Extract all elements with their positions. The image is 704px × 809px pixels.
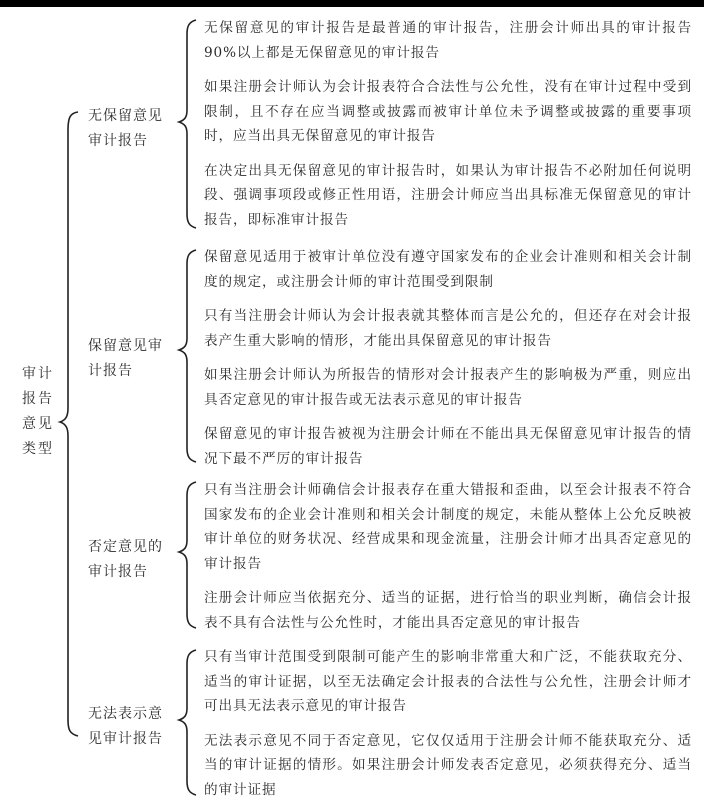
paragraph-group-disclaimer: 只有当审计范围受到限制可能产生的影响非常重大和广泛，不能获取充分、适当的审计证据… <box>204 645 692 809</box>
paragraph-group-adverse: 只有当注册会计师确信会计报表存在重大错报和歪曲，以至会计报表不符合国家发布的企业… <box>204 478 692 645</box>
root-label-line: 审计 <box>22 362 56 387</box>
category-label-line: 否定意见的 <box>88 535 170 560</box>
category-label-line: 见审计报告 <box>88 727 170 752</box>
category-label-line: 无保留意见 <box>88 104 170 129</box>
root-label: 审计 报告 意见 类型 <box>22 362 56 462</box>
paragraph: 在决定出具无保留意见的审计报告时，如果认为审计报告不必附加任何说明段、强调事项段… <box>204 159 692 233</box>
category-label-line: 审计报告 <box>88 129 170 154</box>
root-label-line: 意见 <box>22 412 56 437</box>
category-label-line: 审计报告 <box>88 560 170 585</box>
paragraph: 注册会计师应当依据充分、适当的证据，进行恰当的职业判断，确信会计报表不具有合法性… <box>204 586 692 635</box>
paragraph: 如果注册会计师认为所报告的情形对会计报表产生的影响极为严重，则应出具否定意见的审… <box>204 363 692 412</box>
category-label-line: 保留意见审 <box>88 334 170 359</box>
category-label-unqualified: 无保留意见 审计报告 <box>88 104 170 154</box>
paragraph: 只有当注册会计师确信会计报表存在重大错报和歪曲，以至会计报表不符合国家发布的企业… <box>204 478 692 576</box>
paragraph: 如果注册会计师认为会计报表符合合法性与公允性，没有在审计过程中受到限制，且不存在… <box>204 75 692 149</box>
paragraph: 保留意见的审计报告被视为注册会计师在不能出具无保留意见审计报告的情况下最不严厉的… <box>204 422 692 471</box>
category-label-line: 无法表示意 <box>88 702 170 727</box>
category-label-qualified: 保留意见审 计报告 <box>88 334 170 384</box>
category-label-disclaimer: 无法表示意 见审计报告 <box>88 702 170 752</box>
paragraph-group-unqualified: 无保留意见的审计报告是最普通的审计报告，注册会计师出具的审计报告 90%以上都是… <box>204 16 692 242</box>
group3-brace-icon <box>179 482 196 628</box>
root-label-line: 类型 <box>22 437 56 462</box>
paragraph: 无保留意见的审计报告是最普通的审计报告，注册会计师出具的审计报告 90%以上都是… <box>204 16 692 65</box>
paragraph: 只有当注册会计师认为会计报表就其整体而言是公允的，但还存在对会计报表产生重大影响… <box>204 304 692 353</box>
group1-brace-icon <box>179 20 196 228</box>
paragraph: 只有当审计范围受到限制可能产生的影响非常重大和广泛，不能获取充分、适当的审计证据… <box>204 645 692 719</box>
root-label-line: 报告 <box>22 387 56 412</box>
paragraph-group-qualified: 保留意见适用于被审计单位没有遵守国家发布的企业会计准则和相关会计制度的规定，或注… <box>204 245 692 481</box>
paragraph: 无法表示意见不同于否定意见，它仅仅适用于注册会计师不能获取充分、适当的审计证据的… <box>204 729 692 803</box>
paragraph: 保留意见适用于被审计单位没有遵守国家发布的企业会计准则和相关会计制度的规定，或注… <box>204 245 692 294</box>
group2-brace-icon <box>179 250 196 462</box>
root-brace-icon <box>60 112 78 736</box>
category-label-line: 计报告 <box>88 359 170 384</box>
category-label-adverse: 否定意见的 审计报告 <box>88 535 170 585</box>
group4-brace-icon <box>179 650 196 795</box>
